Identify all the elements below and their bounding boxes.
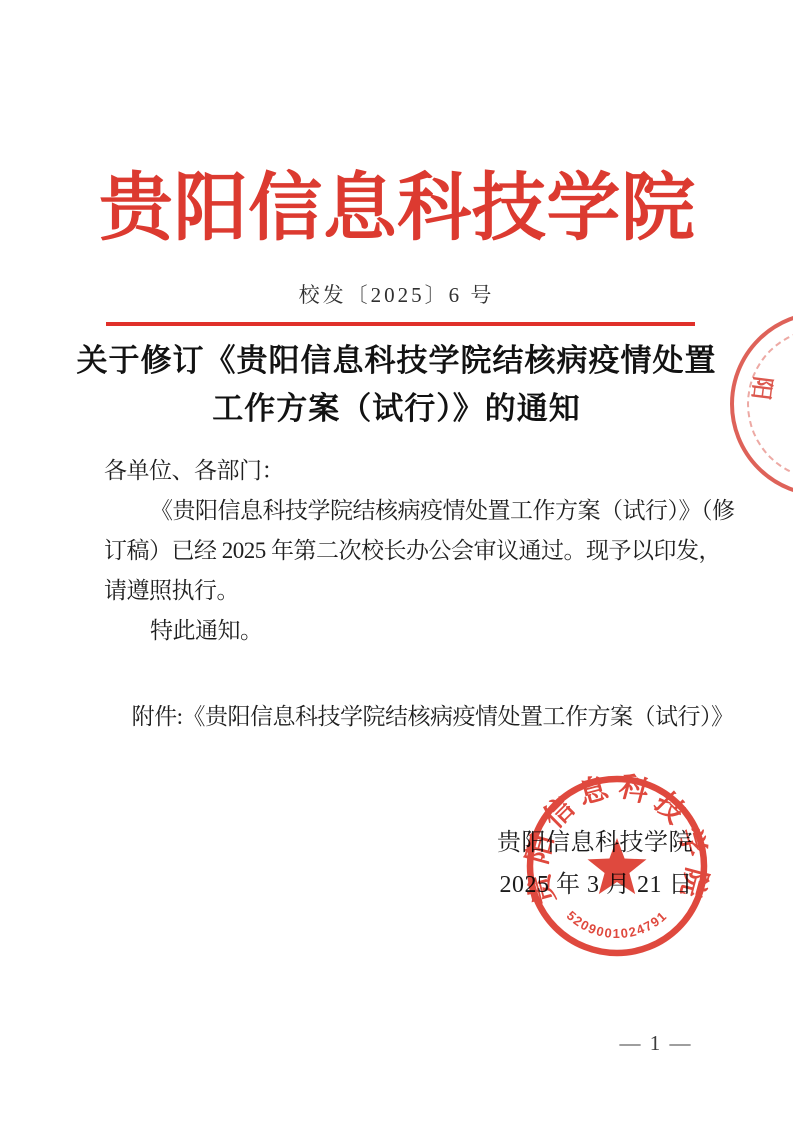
official-seal-stamp: 贵阳信息科技学院 5209001024791 — [523, 772, 711, 960]
closing-line: 特此通知。 — [104, 611, 704, 651]
header-divider-rule — [106, 322, 695, 326]
paragraph-line: 《贵阳信息科技学院结核病疫情处置工作方案（试行）》（修 — [104, 491, 704, 531]
attachment-line: 附件:《贵阳信息科技学院结核病疫情处置工作方案（试行）》 — [104, 697, 704, 737]
doc-title-line1: 关于修订《贵阳信息科技学院结核病疫情处置 — [0, 337, 793, 385]
page-number: — 1 — — [606, 1031, 706, 1056]
partial-edge-seal-inner-arc — [747, 328, 793, 480]
paragraph-line: 请遵照执行。 — [104, 571, 704, 611]
doc-title: 关于修订《贵阳信息科技学院结核病疫情处置 工作方案（试行）》的通知 — [0, 337, 793, 433]
partial-edge-seal-char: 阳 — [746, 375, 782, 402]
doc-title-line2: 工作方案（试行）》的通知 — [0, 385, 793, 433]
letterhead-char: 贵 — [99, 152, 173, 264]
doc-reference-number: 校发〔2025〕6 号 — [0, 279, 793, 309]
paragraph-line: 订稿）已经 2025 年第二次校长办公会审议通过。现予以印发， — [104, 531, 704, 571]
letterhead-char: 阳 — [174, 152, 248, 264]
doc-body: 各单位、各部门： 《贵阳信息科技学院结核病疫情处置工作方案（试行）》（修 订稿）… — [104, 451, 704, 737]
letterhead-org-name: 贵 阳 信 息 科 技 学 院 — [99, 152, 695, 264]
letterhead-char: 息 — [323, 152, 397, 264]
seal-code-holder: 5209001024791 — [564, 908, 670, 941]
letterhead-char: 学 — [546, 152, 620, 264]
document-page: 贵 阳 信 息 科 技 学 院 校发〔2025〕6 号 关于修订《贵阳信息科技学… — [0, 0, 793, 1122]
star-icon — [588, 838, 647, 894]
letterhead-char: 技 — [472, 152, 546, 264]
letterhead-char: 院 — [621, 152, 695, 264]
salutation: 各单位、各部门： — [104, 451, 704, 491]
seal-code-text: 5209001024791 — [564, 908, 670, 941]
letterhead-char: 科 — [397, 152, 471, 264]
letterhead-char: 信 — [248, 152, 322, 264]
